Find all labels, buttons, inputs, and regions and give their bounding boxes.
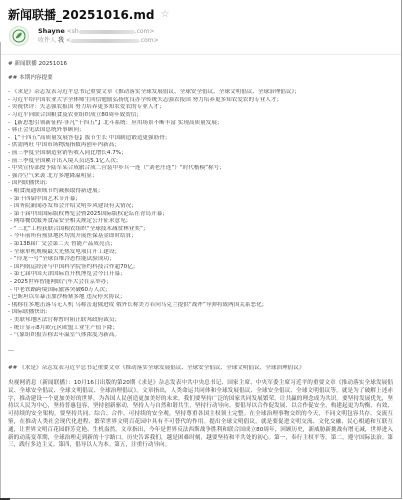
markdown-separator: ---: [8, 348, 393, 356]
list-item: - 国际联播快讯：: [8, 309, 393, 317]
sub-list-item: - 气象组织报告称去年温室气体浓度为新高。: [8, 332, 393, 340]
list-item: - 【新思想引领新征程·非凡“十四五”】北斗系统：应用场景不断丰富 实现高质量发…: [8, 120, 393, 128]
sub-list-item: - 全球单机规模最大光热发电项目开工建设；: [8, 249, 393, 257]
list-item: - 习近平向联合国粮食及农业组织成立80周年致贺信；: [8, 112, 393, 120]
from-line: Shayne <sh.com>: [38, 27, 159, 36]
star-icon[interactable]: ☆: [160, 9, 169, 20]
email-subject: 新闻联播_20251016.md: [8, 6, 154, 23]
sub-list-item: - 第138届广交会第二天 智能产品成亮点；: [8, 241, 393, 249]
sub-list-item: - 统计显示8月欧元区欧盟工业生产值下降；: [8, 325, 393, 333]
left-border: [0, 42, 1, 498]
recipient-email-redacted: [71, 39, 139, 43]
email-header: 新闻联播_20251016.md ☆ Shayne <sh.com> 收件人 我: [0, 0, 401, 55]
list-item: - 巴斯坦以军暴击加沙杨寨多地 违反停火协议；: [8, 294, 393, 302]
sender-email-prefix: <sh: [67, 28, 79, 35]
sub-list-item: - “三北”工程获联合国粮农组织“全球技术减贫林业奖”；: [8, 226, 393, 234]
markdown-h2-summary: ## 本期内容提要: [8, 75, 393, 83]
sender-name[interactable]: Shayne: [38, 27, 65, 35]
sender-email-redacted: [79, 30, 135, 34]
list-item: - 供需两旺 中国市场物流指数再创年内新高；: [8, 142, 393, 150]
list-item: - 前三季度全国累计出入境人员达5.1亿人次；: [8, 158, 393, 166]
sender-row: Shayne <sh.com> 收件人 我 <.com>: [8, 26, 393, 46]
list-item: - 习近平给中国农业大学全体师生回信勉励弘扬优良办学传统矢志强农报国 努力培养更…: [8, 97, 393, 105]
sub-list-item: - 美联邦地区法官称暂时阻止联邦政府裁员；: [8, 317, 393, 325]
email-view: 新闻联播_20251016.md ☆ Shayne <sh.com> 收件人 我: [0, 0, 402, 499]
email-body: # 新闻联播 20251016 ## 本期内容提要 - 《求是》杂志发表习近平总…: [0, 55, 401, 450]
markdown-h1: # 新闻联播 20251016: [8, 61, 393, 69]
sub-list-item: - 国务院新闻办发布会介绍文明乡风建设有关情况；: [8, 203, 393, 211]
list-item: - 强冷空气来袭 北方多地降温明显；: [8, 173, 393, 181]
recipient-email-suffix: .com>: [139, 37, 159, 44]
sub-list-item: - 第十四届中国艺术节开幕；: [8, 196, 393, 204]
list-item: - 中央宣传部授予陆军某合成旅合成二营装甲步兵一连（“刘老庄连”）“时代楷模”称…: [8, 165, 393, 173]
list-item: - 韩正会见法国总统外事顾问；: [8, 127, 393, 135]
sub-list-item: - “玲龙一号”全球首堆冷态性能试验成功；: [8, 256, 393, 264]
sub-list-item: - 粮食流通领域节约减损取得新进展；: [8, 188, 393, 196]
sub-list-item: - 第十届中国国际版权博览会暨2025国际版权论坛在青岛开幕；: [8, 211, 393, 219]
summary-list: - 《求是》杂志发表习近平总书记重要文章《推动落实全球发展倡议、全球安全倡议、全…: [8, 89, 393, 340]
leaf-logo-icon: [12, 29, 26, 43]
article-paragraph: 央视网消息（新闻联播）：10月16日出版的第20期《求是》杂志发表中共中央总书记…: [8, 380, 393, 450]
to-line: 收件人 我 <.com>: [38, 36, 159, 45]
list-item: - 前三季度全国制造业销售收入同比增长4.7%；: [8, 150, 393, 158]
sender-email-suffix: .com>: [135, 28, 155, 35]
sub-list-item: - 今年前所有预算地区均需开展医保基金即时结算；: [8, 233, 393, 241]
recipient-label: 收件人: [38, 37, 56, 44]
sub-list-item: - 网络餐饮服务食品安全相关规定公开征求意见；: [8, 218, 393, 226]
list-item: - 国内联播快讯：: [8, 180, 393, 188]
list-item: - 【“十四五”高质量发展答卷】拔节生长 中国制造锻造更强筋骨；: [8, 135, 393, 143]
markdown-h2-article: ## 《求是》杂志发表习近平总书记重要文章《推动落实全球发展倡议、全球安全倡议、…: [8, 365, 393, 373]
list-item: - 《求是》杂志发表习近平总书记重要文章《推动落实全球发展倡议、全球安全倡议、全…: [8, 89, 393, 97]
avatar[interactable]: [9, 26, 29, 46]
sub-list-item: - 2025世界智能网联汽车大会在京举办；: [8, 279, 393, 287]
list-item: - 俄称在多地击落乌无人机 乌称击退俄进攻 俄外长称美方若向乌克兰提供“战斧”导…: [8, 302, 393, 310]
sub-list-item: - 国内航运经济与中国科学院签约科技合作超70亿；: [8, 264, 393, 272]
title-row: 新闻联播_20251016.md ☆: [8, 6, 393, 22]
sub-list-item: - 中老铁路跨境国际旅客突破60万人次；: [8, 287, 393, 295]
sub-list-item: - 第七届中国天津国际直升机博览会今日开幕；: [8, 271, 393, 279]
list-item: - 央视快评：矢志强农报国 努力培养更多知农爱农的专业人才；: [8, 104, 393, 112]
recipient-me[interactable]: 我: [58, 37, 64, 44]
sender-meta: Shayne <sh.com> 收件人 我 <.com>: [38, 27, 159, 45]
